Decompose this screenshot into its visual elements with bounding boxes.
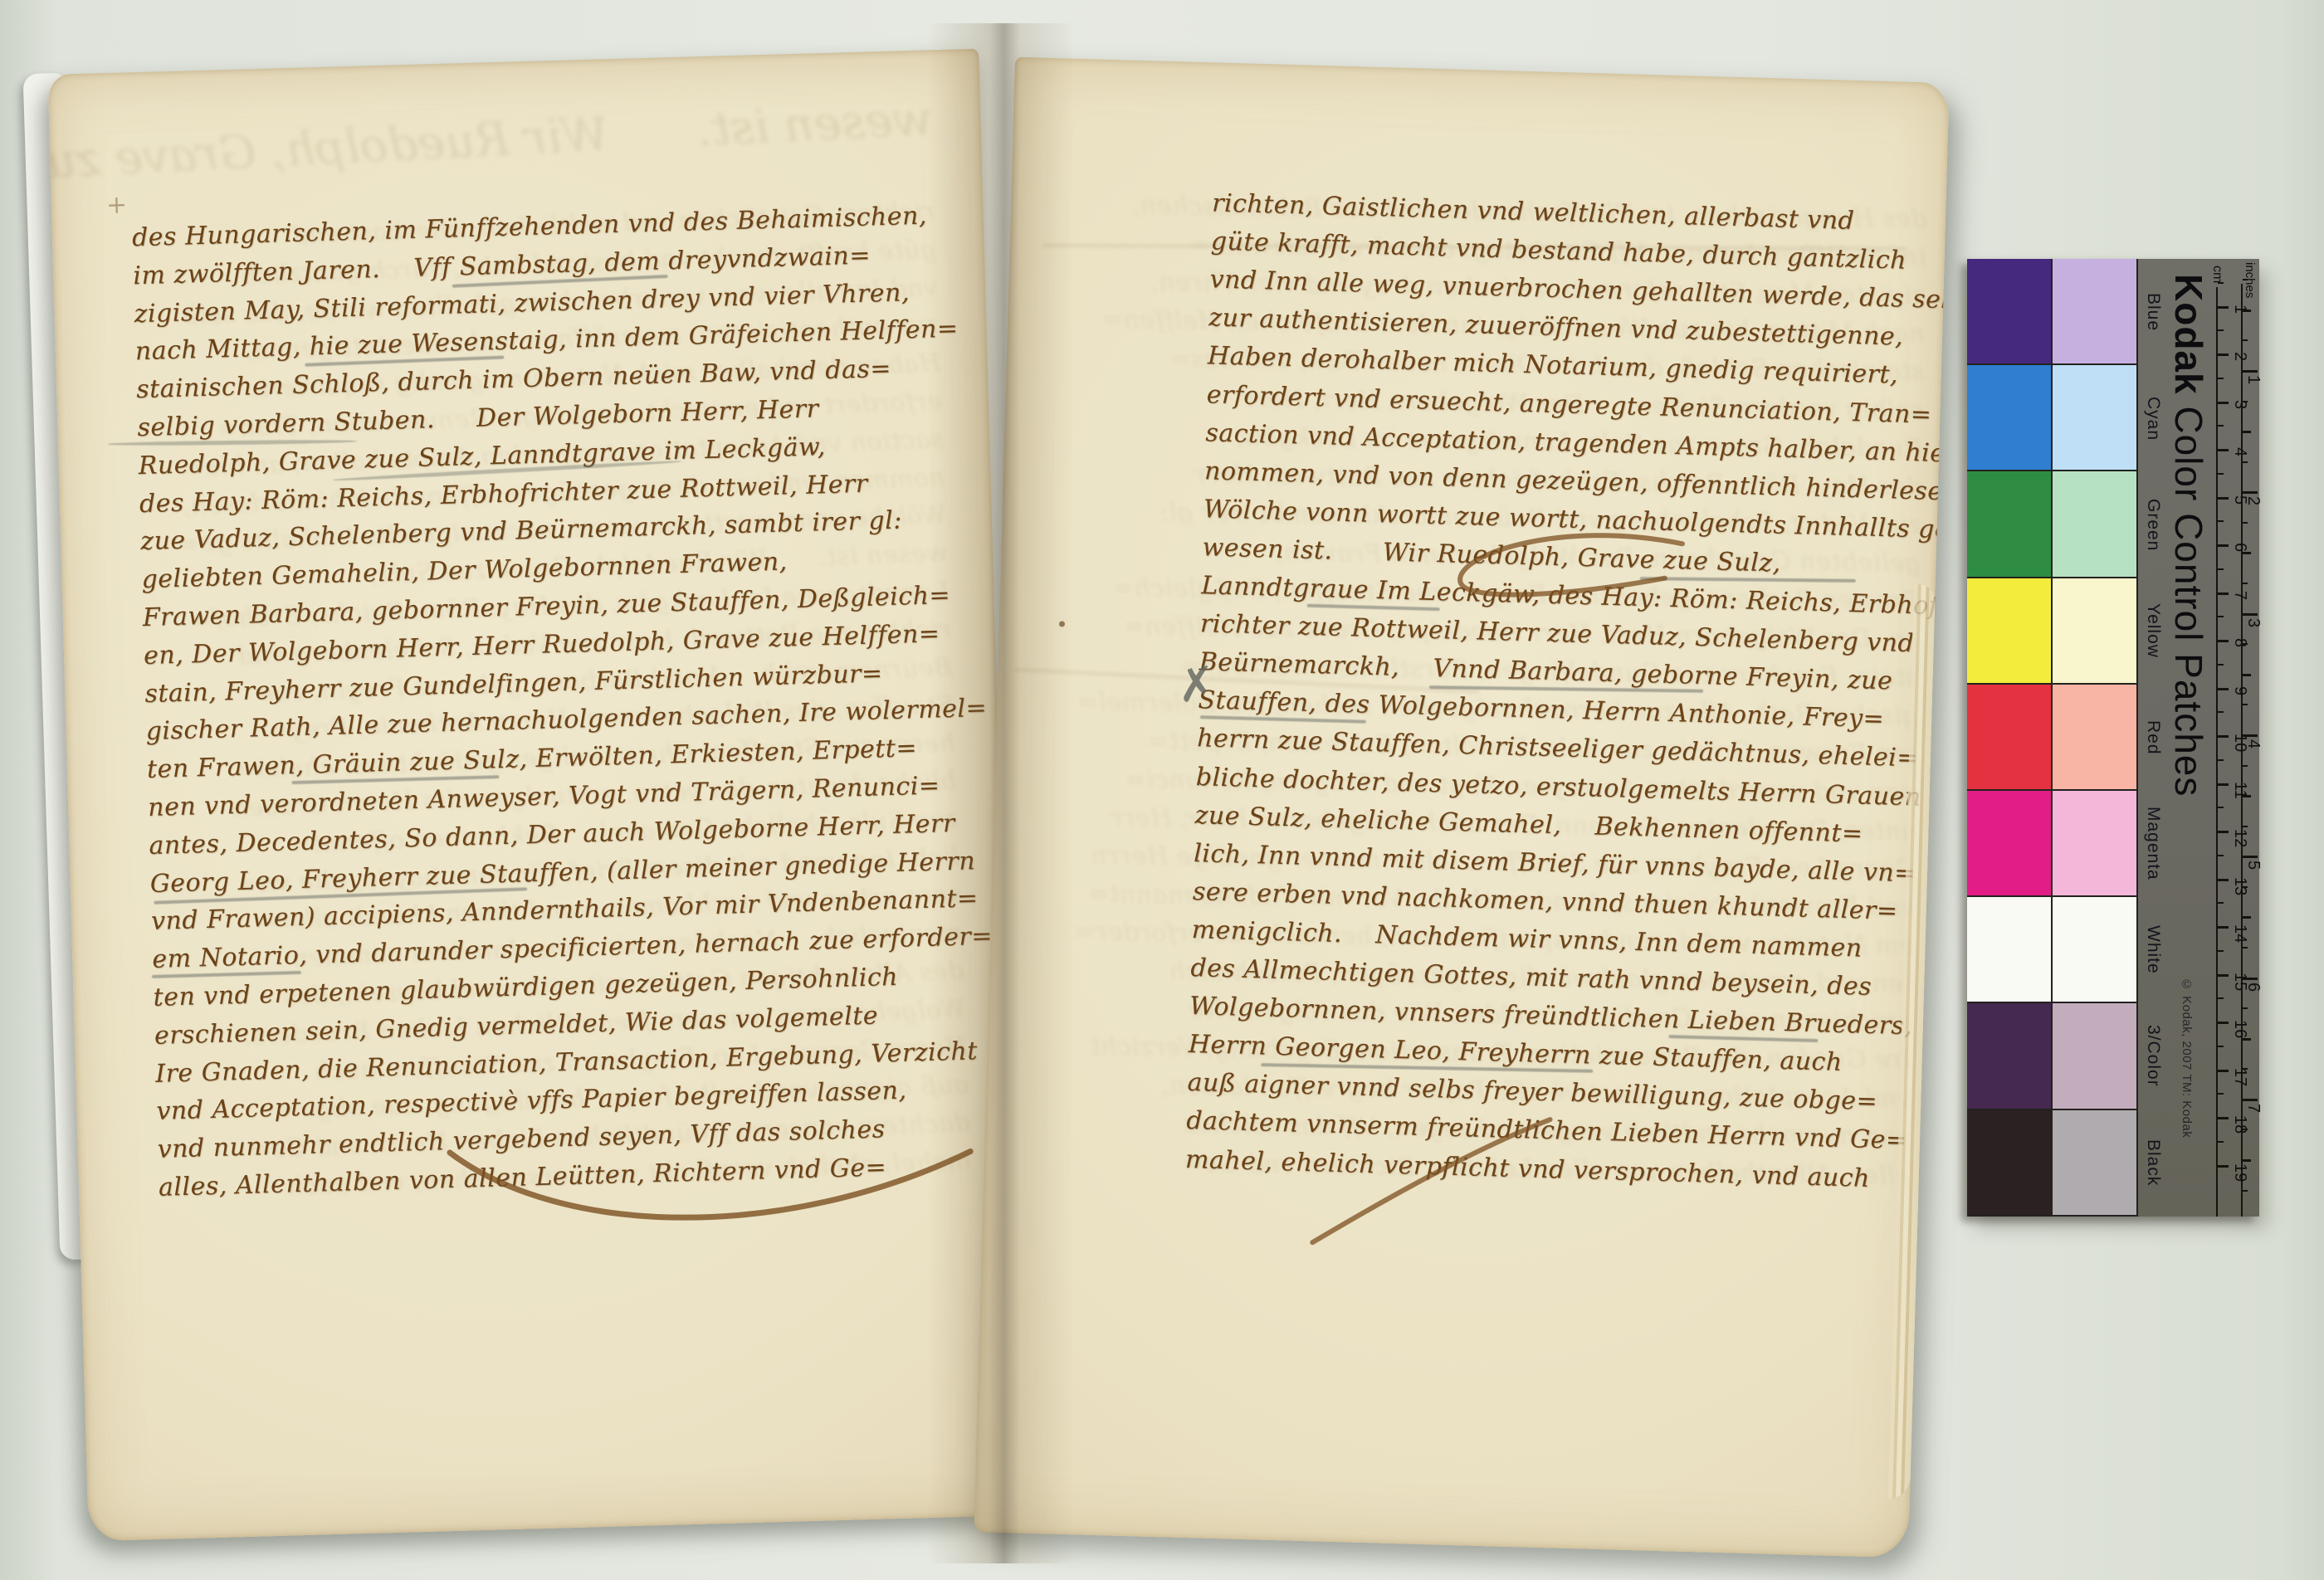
cm-half-tick <box>2218 807 2224 808</box>
inch-tick <box>2243 431 2251 433</box>
inch-number: 3 <box>2243 618 2263 627</box>
cm-number: 12 <box>2230 829 2249 847</box>
patch-blue-light <box>2053 259 2136 363</box>
inch-tick <box>2243 522 2248 524</box>
left-page: wesen ist. Wir Ruedolph, Grave zue Sulz,… <box>48 49 1020 1542</box>
cm-half-tick <box>2218 282 2224 284</box>
cm-number: 18 <box>2230 1115 2249 1134</box>
inch-tick <box>2243 613 2258 616</box>
inch-tick <box>2243 1099 2258 1101</box>
cm-half-tick <box>2218 378 2224 379</box>
cm-half-tick <box>2218 711 2224 713</box>
cm-number: 9 <box>2230 686 2249 695</box>
cm-tick <box>2218 1117 2229 1119</box>
patch-label-red: Red <box>2141 684 2165 790</box>
inch-tick <box>2243 916 2251 919</box>
cm-tick <box>2218 688 2229 690</box>
cm-half-tick <box>2218 1046 2224 1047</box>
cm-scale-label: cm <box>2209 266 2224 283</box>
inch-tick <box>2243 826 2248 827</box>
cm-tick <box>2218 1165 2229 1168</box>
inch-tick <box>2243 310 2251 312</box>
patch-label-3color: 3/Color <box>2141 1003 2165 1109</box>
patch-green-dark <box>1967 471 2051 576</box>
cm-tick <box>2218 306 2229 309</box>
cm-half-tick <box>2218 425 2224 427</box>
inch-tick <box>2243 704 2248 705</box>
inch-tick <box>2243 1007 2248 1009</box>
cm-number: 17 <box>2230 1068 2249 1086</box>
cm-number: 19 <box>2230 1163 2249 1182</box>
cm-half-tick <box>2218 902 2224 904</box>
inch-number: 5 <box>2243 861 2263 870</box>
margin-cross-mark: + <box>105 190 127 220</box>
manuscript-line: mahel, ehelich verpflicht vnd versproche… <box>1185 1144 1871 1192</box>
cm-tick <box>2218 735 2229 738</box>
cm-tick <box>2218 1070 2229 1072</box>
patch-yellow-light <box>2053 578 2136 683</box>
cm-tick <box>2218 974 2229 977</box>
cm-half-tick <box>2218 473 2224 475</box>
patch-label-blue: Blue <box>2141 259 2165 365</box>
patch-label-white: White <box>2141 897 2165 1003</box>
patch-white-dark <box>1967 897 2051 1002</box>
inch-number: 7 <box>2243 1104 2263 1113</box>
cm-half-tick <box>2218 568 2224 570</box>
patch-label-cyan: Cyan <box>2141 365 2165 471</box>
ghost-line: wesen ist. Wir Ruedolph, Grave zue Sulz, <box>48 92 934 197</box>
kodak-copyright: © Kodak, 2007 TM: Kodak <box>2180 978 2194 1138</box>
patch-blue-dark <box>1967 259 2051 363</box>
patch-cyan-light <box>2053 365 2136 470</box>
cm-half-tick <box>2218 664 2224 666</box>
cm-half-tick <box>2218 520 2224 522</box>
patch-label-magenta: Magenta <box>2141 791 2165 897</box>
inch-tick <box>2243 401 2248 402</box>
inch-tick <box>2243 1190 2248 1192</box>
inch-tick <box>2243 552 2251 554</box>
cm-half-tick <box>2218 855 2224 856</box>
patch-label-green: Green <box>2141 471 2165 578</box>
kodak-title: Kodak Color Control Patches <box>2166 274 2211 797</box>
inch-tick <box>2243 795 2251 797</box>
cm-tick <box>2218 544 2229 547</box>
right-page: des Hungarischen, im Fünffzehenden vnd d… <box>974 57 1949 1558</box>
inch-number: 4 <box>2243 739 2263 749</box>
cm-tick <box>2218 592 2229 595</box>
cm-number: 16 <box>2230 1020 2249 1038</box>
cm-tick <box>2218 879 2229 881</box>
inch-tick <box>2243 643 2248 645</box>
patch-cyan-dark <box>1967 365 2051 470</box>
inch-tick <box>2243 1159 2251 1162</box>
inch-tick <box>2243 734 2258 737</box>
cm-number: 14 <box>2230 924 2249 943</box>
ink-dot <box>1059 621 1065 627</box>
cm-half-tick <box>2218 997 2224 999</box>
manuscript-line: richten, Gaistlichen vnd weltlichen, all… <box>1212 188 1855 236</box>
inch-tick <box>2243 674 2251 676</box>
inch-number: 2 <box>2243 496 2263 505</box>
cm-half-tick <box>2218 950 2224 952</box>
right-page-text-block: richten, Gaistlichen vnd weltlichen, all… <box>1183 188 1942 1262</box>
cm-number: 2 <box>2230 352 2249 361</box>
inch-tick <box>2243 947 2248 948</box>
cm-half-tick <box>2218 616 2224 617</box>
inch-number: 6 <box>2243 983 2263 992</box>
cm-half-tick <box>2218 1093 2224 1095</box>
patch-label-yellow: Yellow <box>2141 578 2165 684</box>
pencil-x-mark: ✗ <box>1174 656 1219 714</box>
bleedthrough-ghost-heading: wesen ist. Wir Ruedolph, Grave zue Sulz, <box>85 81 934 199</box>
patch-black-dark <box>1967 1110 2051 1215</box>
inch-tick <box>2243 886 2248 888</box>
cm-tick <box>2218 640 2229 642</box>
cm-tick <box>2218 831 2229 833</box>
kodak-color-target: BlueCyanGreenYellowRedMagentaWhite3/Colo… <box>1967 259 2259 1217</box>
patch-3color-light <box>2053 1003 2136 1108</box>
manuscript-line: wesen ist. Wir Ruedolph, Grave zue Sulz, <box>1202 533 1781 578</box>
cm-number: 4 <box>2230 447 2249 456</box>
cm-tick <box>2218 783 2229 786</box>
cm-tick <box>2218 926 2229 929</box>
inch-tick <box>2243 856 2258 858</box>
patch-red-light <box>2053 685 2136 789</box>
patch-3color-dark <box>1967 1003 2051 1108</box>
cm-number: 6 <box>2230 543 2249 552</box>
patch-green-light <box>2053 471 2136 576</box>
cm-tick <box>2218 497 2229 500</box>
cm-tick <box>2218 402 2229 404</box>
inch-tick <box>2243 1129 2248 1130</box>
cm-half-tick <box>2218 759 2224 761</box>
patch-white-light <box>2053 897 2136 1002</box>
inch-tick <box>2243 583 2248 584</box>
cm-tick <box>2218 449 2229 451</box>
manuscript-scan: wesen ist. Wir Ruedolph, Grave zue Sulz,… <box>0 0 2324 1580</box>
kodak-title-rest: Color Control Patches <box>2167 395 2210 797</box>
inch-tick <box>2243 1068 2248 1070</box>
inch-tick <box>2243 978 2258 980</box>
patch-yellow-dark <box>1967 578 2051 683</box>
cm-tick <box>2218 1022 2229 1024</box>
inch-tick <box>2243 279 2248 280</box>
cm-tick <box>2218 354 2229 356</box>
left-page-text-block: des Hungarischen, im Fünffzehenden vnd d… <box>132 200 991 1268</box>
patch-red-dark <box>1967 685 2051 789</box>
cm-half-tick <box>2218 329 2224 331</box>
patch-magenta-dark <box>1967 791 2051 895</box>
inch-tick <box>2243 765 2248 767</box>
kodak-brand: Kodak <box>2167 274 2210 395</box>
kodak-ruler-panel: BlueCyanGreenYellowRedMagentaWhite3/Colo… <box>2136 259 2259 1217</box>
patch-black-light <box>2053 1110 2136 1215</box>
inch-number: 1 <box>2243 375 2263 384</box>
inch-tick <box>2243 339 2248 341</box>
color-patch-grid <box>1967 259 2136 1217</box>
cm-number: 7 <box>2230 591 2249 600</box>
inch-tick <box>2243 1038 2251 1041</box>
patch-label-black: Black <box>2141 1109 2165 1216</box>
inch-tick <box>2243 461 2248 463</box>
patch-magenta-light <box>2053 791 2136 895</box>
inch-tick <box>2243 491 2258 494</box>
inch-tick <box>2243 370 2258 373</box>
cm-half-tick <box>2218 1141 2224 1143</box>
